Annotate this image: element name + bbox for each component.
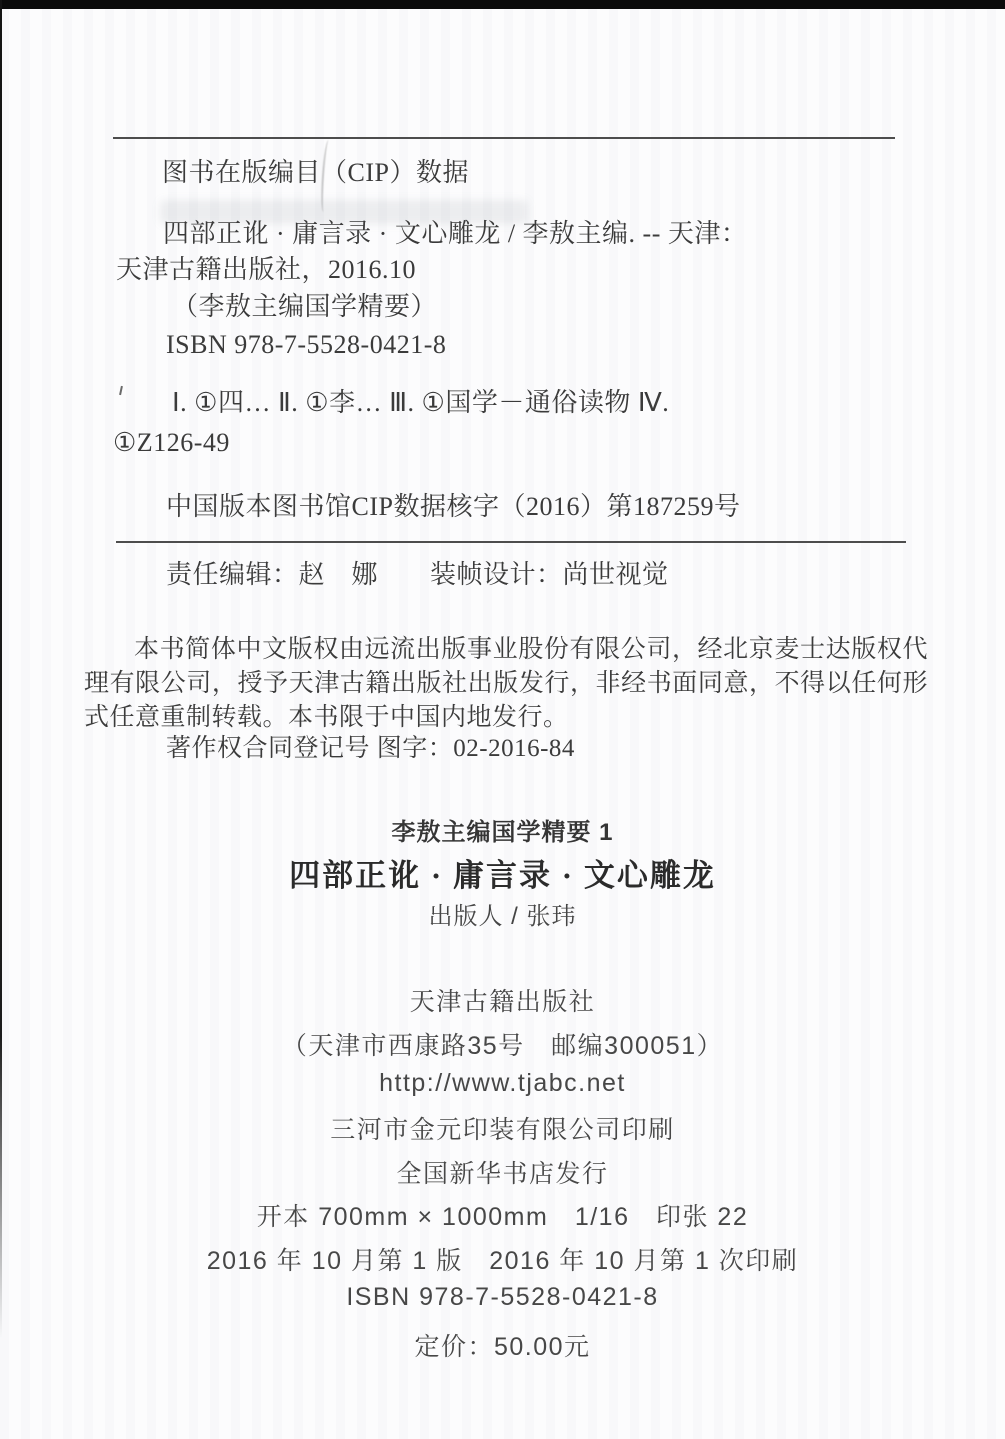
book-title: 四部正讹 · 庸言录 · 文心雕龙 [0,850,1005,895]
cip-heading: 图书在版编目（CIP）数据 [162,159,469,187]
editor-name: 赵 娜 [299,560,379,589]
designer-name: 尚世视觉 [563,560,669,589]
publisher-person: 出版人 / 张玮 [0,896,1005,931]
imprint-edition: 2016 年 10 月第 1 版 2016 年 10 月第 1 次印刷 [0,1241,1005,1277]
imprint-website: http://www.tjabc.net [0,1069,1005,1098]
staff-credits: 责任编辑：赵 娜装帧设计：尚世视觉 [166,561,669,589]
copyright-registration: 著作权合同登记号 图字：02-2016-84 [166,735,575,763]
cip-record-number: 中国版本图书馆CIP数据核字（2016）第187259号 [166,493,740,521]
scan-speck [119,386,123,395]
imprint-publisher: 天津古籍出版社 [0,982,1005,1018]
divider-middle [116,541,906,543]
cip-isbn: ISBN 978-7-5528-0421-8 [166,331,446,359]
cip-classification-line2: ①Z126-49 [113,429,230,457]
copyright-notice: 本书简体中文版权由远流出版事业股份有限公司，经北京麦士达版权代理有限公司，授予天… [84,633,928,735]
imprint-isbn: ISBN 978-7-5528-0421-8 [0,1283,1005,1312]
cip-title-statement: 四部正讹 · 庸言录 · 文心雕龙 / 李敖主编. -- 天津： [163,220,747,248]
scanned-copyright-page: 图书在版编目（CIP）数据 四部正讹 · 庸言录 · 文心雕龙 / 李敖主编. … [0,0,1005,1439]
divider-top [113,137,895,139]
imprint-price: 定价：50.00元 [0,1327,1005,1363]
scan-edge-top [0,0,1005,9]
editor-label: 责任编辑： [166,560,299,589]
cip-publisher-line: 天津古籍出版社，2016.10 [116,256,416,284]
imprint-format: 开本 700mm × 1000mm 1/16 印张 22 [0,1197,1005,1233]
imprint-distributor: 全国新华书店发行 [0,1154,1005,1190]
cip-classification-line1: Ⅰ. ①四… Ⅱ. ①李… Ⅲ. ①国学－通俗读物 Ⅳ. [172,389,669,417]
imprint-address: （天津市西康路35号 邮编300051） [0,1026,1005,1062]
series-title: 李敖主编国学精要 1 [0,812,1005,847]
cip-series-note: （李敖主编国学精要） [172,293,437,321]
designer-label: 装帧设计： [430,560,563,589]
imprint-printer: 三河市金元印装有限公司印刷 [0,1110,1005,1146]
